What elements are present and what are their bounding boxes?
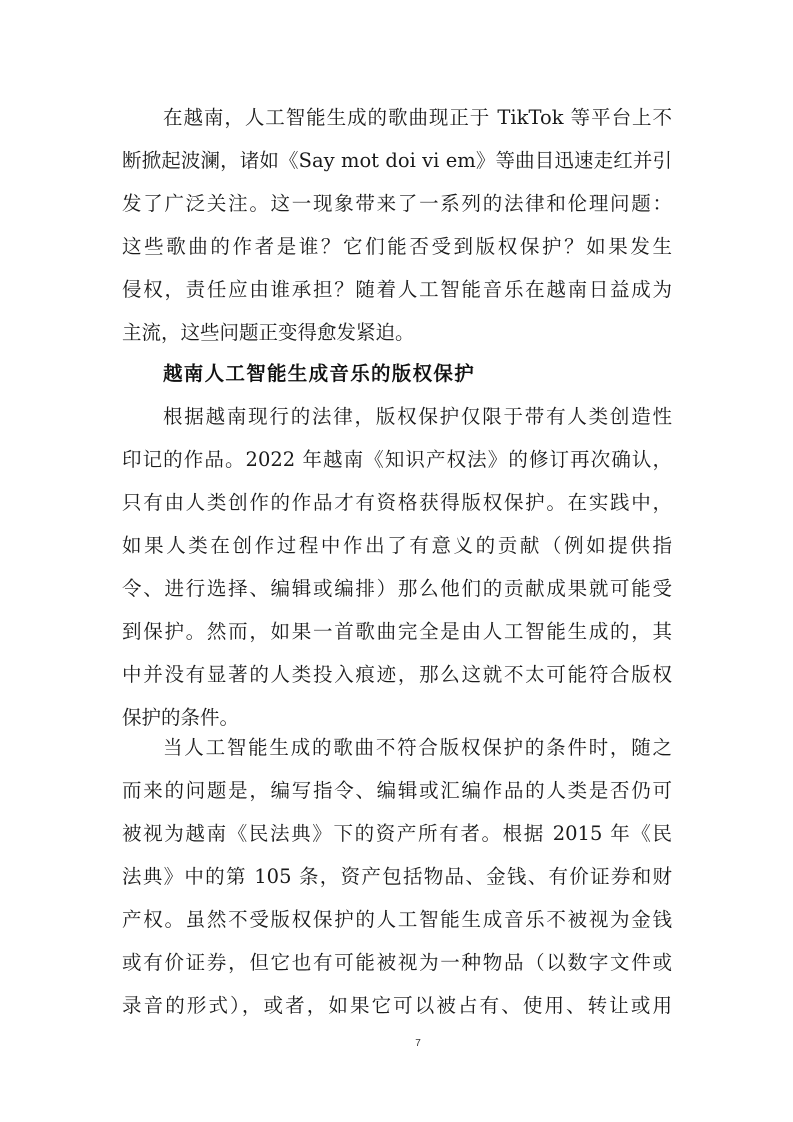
text-line: 印记的作品。2022 年越南《知识产权法》的修订再次确认，: [122, 438, 672, 481]
text-line: 法典》中的第 105 条，资产包括物品、金钱、有价证券和财: [122, 855, 672, 898]
text-line: 录音的形式），或者，如果它可以被占有、使用、转让或用: [122, 984, 672, 1027]
text-line: 断掀起波澜，诸如《Say mot doi vi em》等曲目迅速走红并引: [122, 139, 672, 182]
text-line: 到保护。然而，如果一首歌曲完全是由人工智能生成的，其: [122, 610, 672, 653]
text-line: 令、进行选择、编辑或编排）那么他们的贡献成果就可能受: [122, 567, 672, 610]
text-line: 而来的问题是，编写指令、编辑或汇编作品的人类是否仍可: [122, 769, 672, 812]
text-line: 或有价证券，但它也有可能被视为一种物品（以数字文件或: [122, 941, 672, 984]
text-line: 根据越南现行的法律，版权保护仅限于带有人类创造性: [163, 395, 672, 438]
text-line: 在越南，人工智能生成的歌曲现正于 TikTok 等平台上不: [163, 96, 672, 139]
text-line: 侵权，责任应由谁承担？随着人工智能音乐在越南日益成为: [122, 268, 672, 311]
text-line: 当人工智能生成的歌曲不符合版权保护的条件时，随之: [163, 726, 672, 769]
text-line: 被视为越南《民法典》下的资产所有者。根据 2015 年《民: [122, 812, 672, 855]
text-line: 只有由人类创作的作品才有资格获得版权保护。在实践中，: [122, 481, 672, 524]
document-page: 在越南，人工智能生成的歌曲现正于 TikTok 等平台上不 断掀起波澜，诸如《S…: [0, 0, 793, 1122]
text-line: 产权。虽然不受版权保护的人工智能生成音乐不被视为金钱: [122, 898, 672, 941]
page-number: 7: [412, 1038, 424, 1049]
text-line: 发了广泛关注。这一现象带来了一系列的法律和伦理问题：: [122, 182, 672, 225]
text-line: 主流，这些问题正变得愈发紧迫。: [122, 311, 672, 354]
text-line: 如果人类在创作过程中作出了有意义的贡献（例如提供指: [122, 524, 672, 567]
section-heading: 越南人工智能生成音乐的版权保护: [163, 352, 475, 395]
text-line: 这些歌曲的作者是谁？它们能否受到版权保护？如果发生: [122, 225, 672, 268]
text-line: 中并没有显著的人类投入痕迹，那么这就不太可能符合版权: [122, 653, 672, 696]
